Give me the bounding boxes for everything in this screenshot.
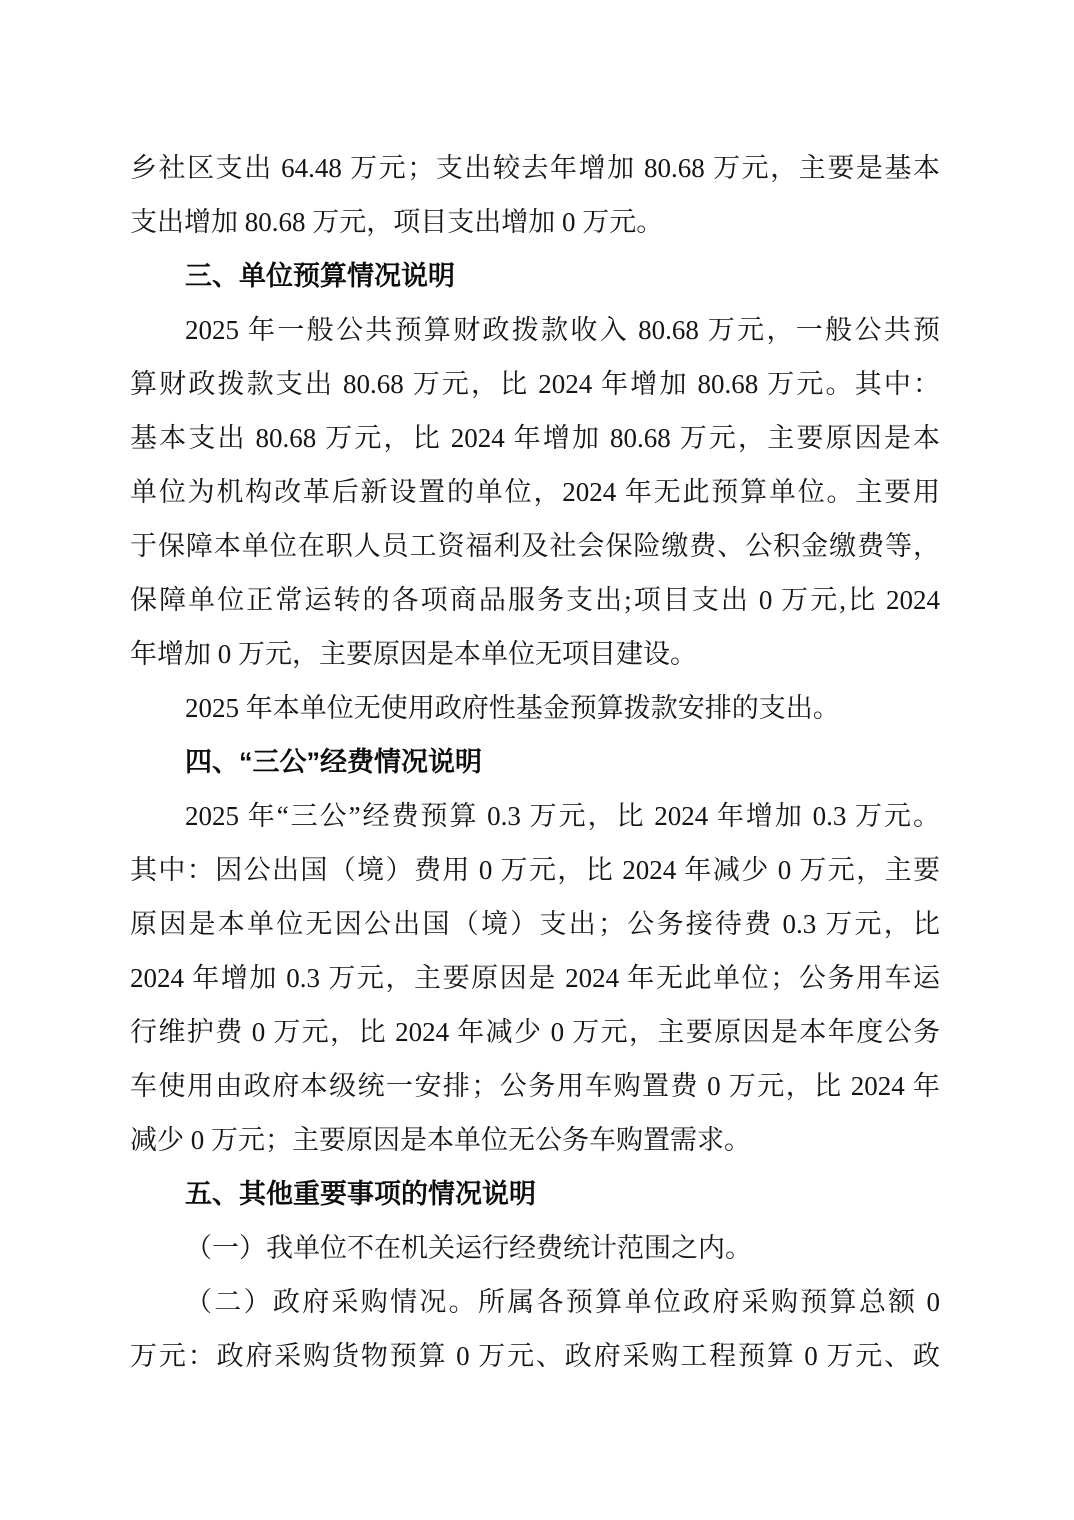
text-line: 年增加 0 万元，主要原因是本单位无项目建设。 xyxy=(130,627,940,681)
text-line: 2024 年增加 0.3 万元，主要原因是 2024 年无此单位；公务用车运 xyxy=(130,951,940,1005)
text-line: 减少 0 万元；主要原因是本单位无公务车购置需求。 xyxy=(130,1113,940,1167)
text-line: 于保障本单位在职人员工资福利及社会保险缴费、公积金缴费等， xyxy=(130,519,940,573)
text-line: （一）我单位不在机关运行经费统计范围之内。 xyxy=(130,1221,940,1275)
text-line: 算财政拨款支出 80.68 万元，比 2024 年增加 80.68 万元。其中： xyxy=(130,357,940,411)
text-line: 2025 年本单位无使用政府性基金预算拨款安排的支出。 xyxy=(130,681,940,735)
section-heading: 四、“三公”经费情况说明 xyxy=(130,735,940,789)
text-line: 万元：政府采购货物预算 0 万元、政府采购工程预算 0 万元、政 xyxy=(130,1329,940,1383)
text-line: 原因是本单位无因公出国（境）支出；公务接待费 0.3 万元，比 xyxy=(130,897,940,951)
text-line: 2025 年一般公共预算财政拨款收入 80.68 万元，一般公共预 xyxy=(130,303,940,357)
text-line: 保障单位正常运转的各项商品服务支出;项目支出 0 万元,比 2024 xyxy=(130,573,940,627)
text-line: （二）政府采购情况。所属各预算单位政府采购预算总额 0 xyxy=(130,1275,940,1329)
text-line: 其中：因公出国（境）费用 0 万元，比 2024 年减少 0 万元，主要 xyxy=(130,843,940,897)
text-line: 基本支出 80.68 万元，比 2024 年增加 80.68 万元，主要原因是本 xyxy=(130,411,940,465)
text-line: 乡社区支出 64.48 万元；支出较去年增加 80.68 万元，主要是基本 xyxy=(130,141,940,195)
text-line: 支出增加 80.68 万元，项目支出增加 0 万元。 xyxy=(130,195,940,249)
text-line: 行维护费 0 万元，比 2024 年减少 0 万元，主要原因是本年度公务 xyxy=(130,1005,940,1059)
budget-document-page: 乡社区支出 64.48 万元；支出较去年增加 80.68 万元，主要是基本支出增… xyxy=(0,0,1074,1520)
section-heading: 三、单位预算情况说明 xyxy=(130,249,940,303)
text-line: 2025 年“三公”经费预算 0.3 万元，比 2024 年增加 0.3 万元。 xyxy=(130,789,940,843)
section-heading: 五、其他重要事项的情况说明 xyxy=(130,1167,940,1221)
text-line: 车使用由政府本级统一安排；公务用车购置费 0 万元，比 2024 年 xyxy=(130,1059,940,1113)
document-text-block: 乡社区支出 64.48 万元；支出较去年增加 80.68 万元，主要是基本支出增… xyxy=(130,141,940,1383)
text-line: 单位为机构改革后新设置的单位，2024 年无此预算单位。主要用 xyxy=(130,465,940,519)
